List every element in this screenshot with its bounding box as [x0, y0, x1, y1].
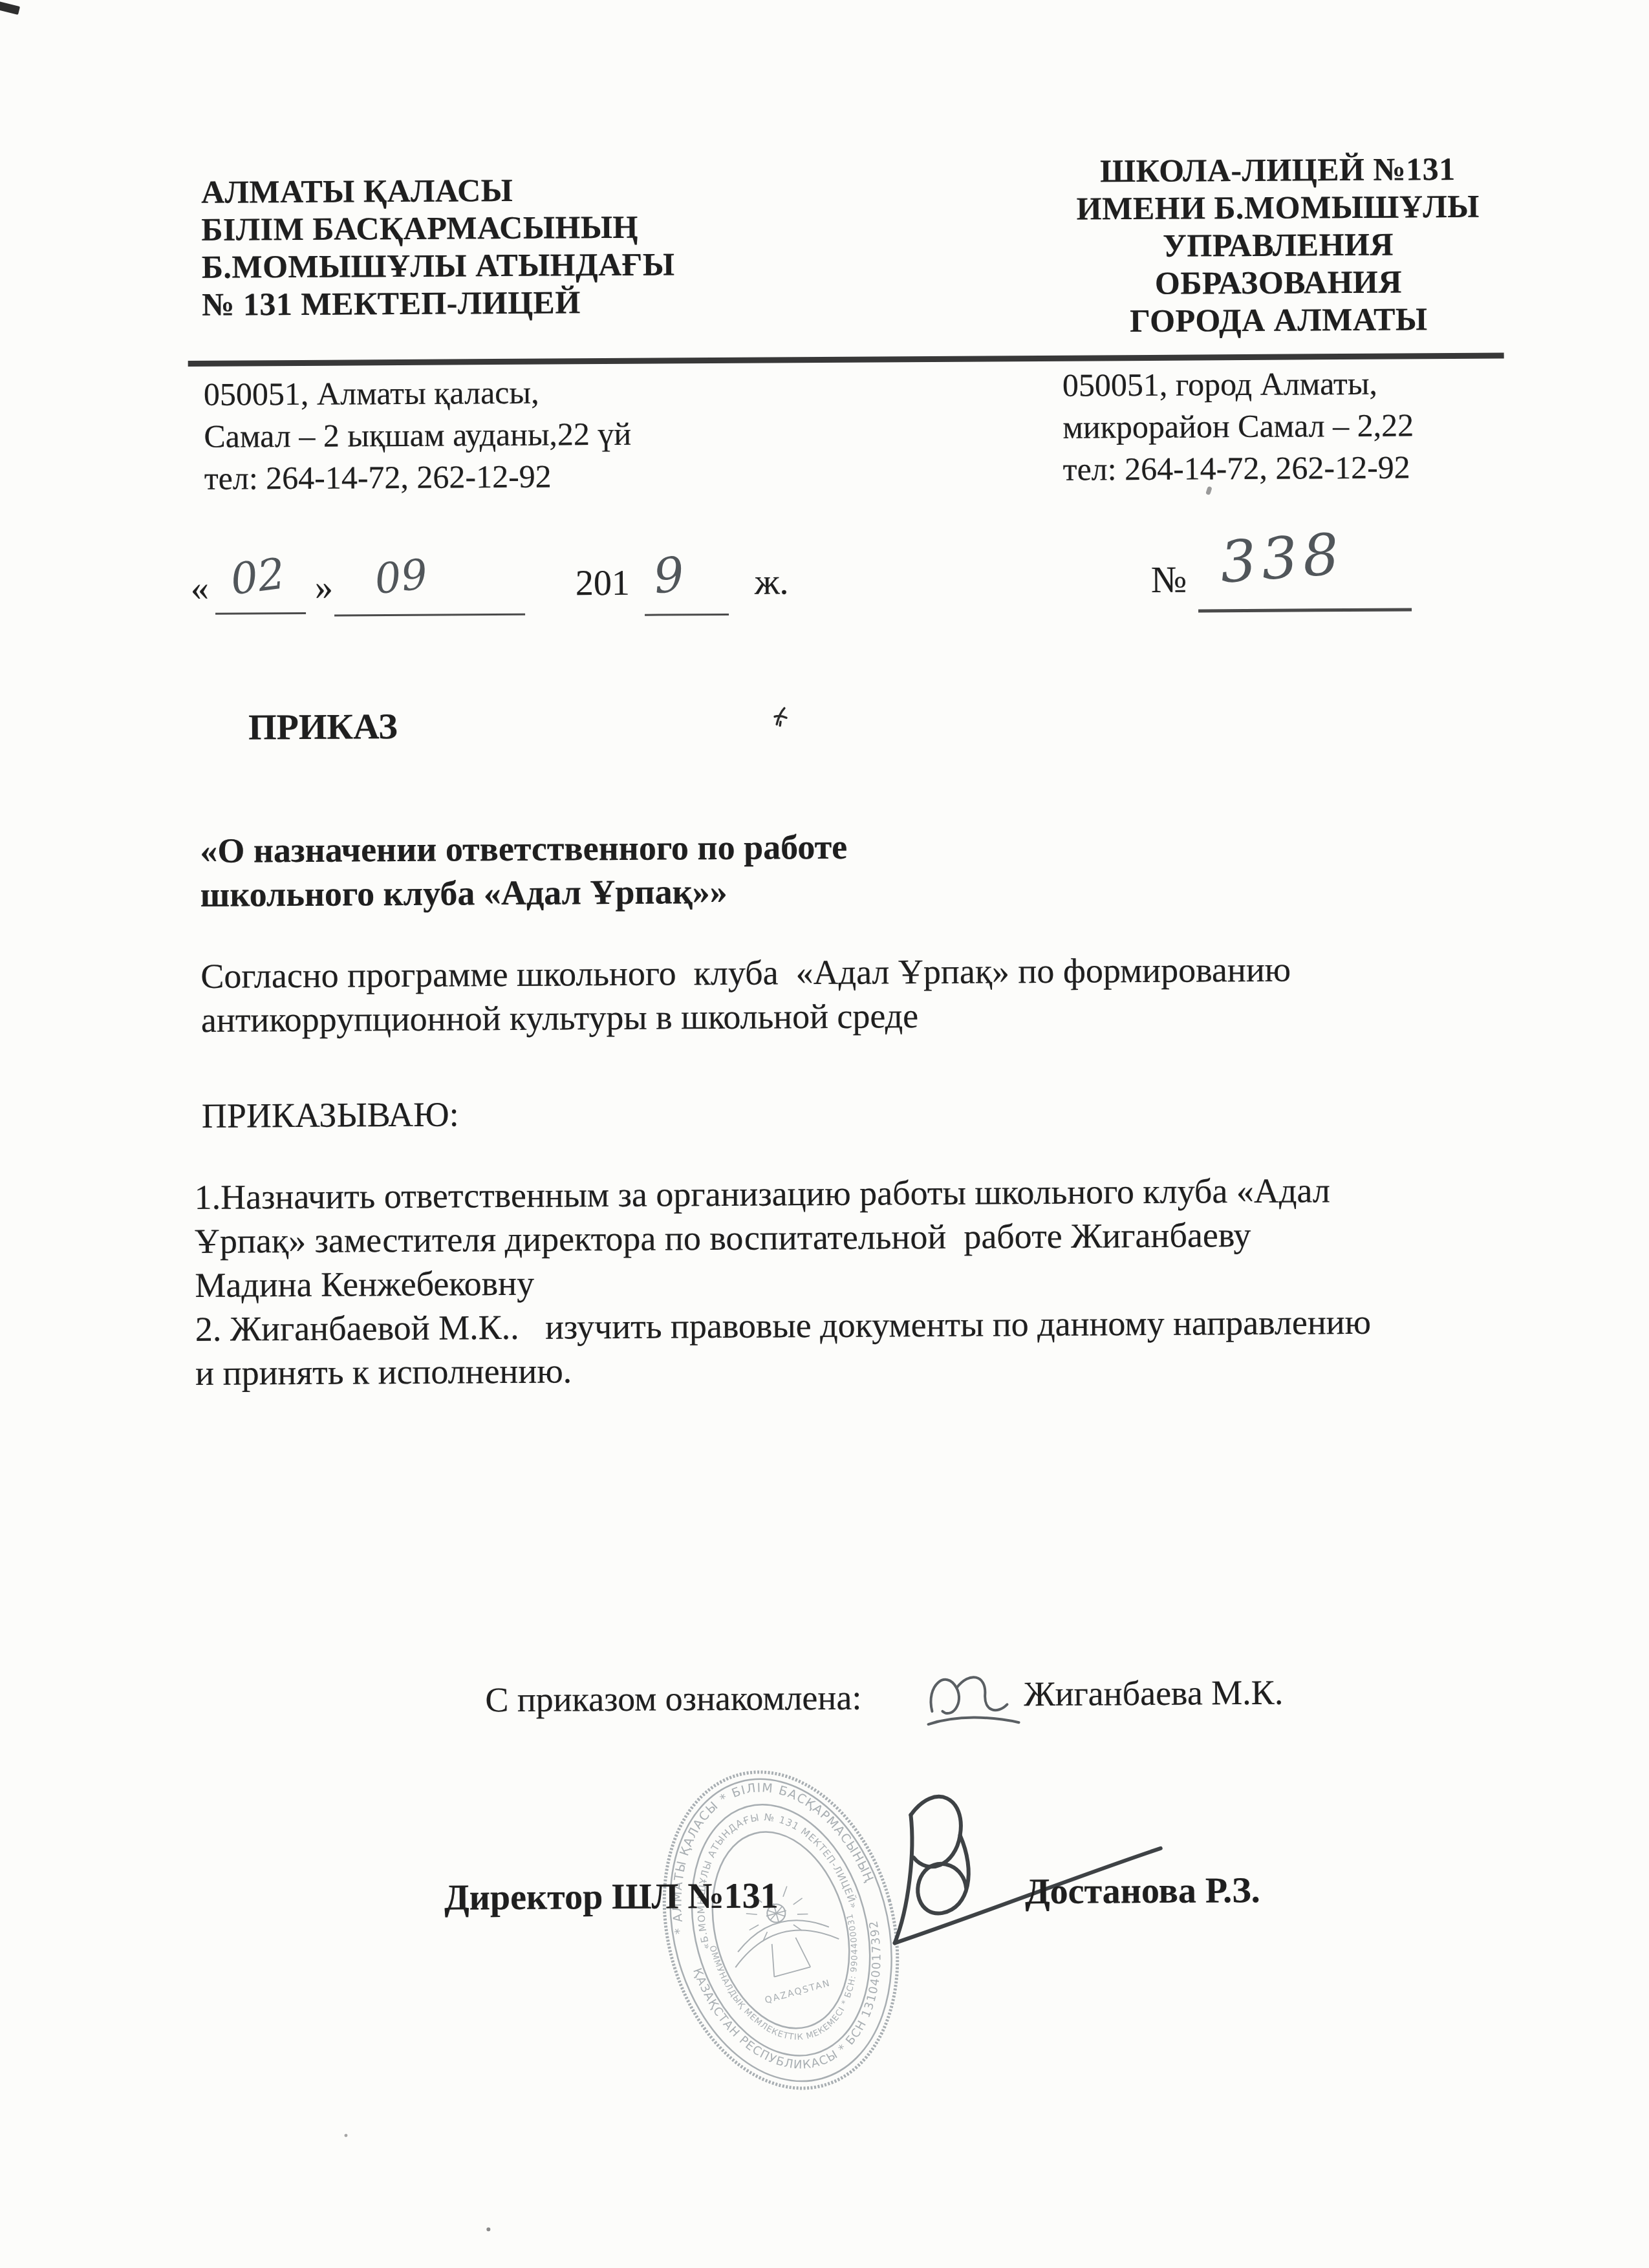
director-name: Достанова Р.З. — [1025, 1870, 1260, 1912]
date-year-printed: 201 — [576, 562, 630, 604]
address-right: 050051, город Алматы, микрорайон Самал –… — [1062, 362, 1414, 490]
order-number-underline — [1198, 608, 1412, 612]
date-close-quote: » — [315, 567, 333, 608]
director-label: Директор ШЛ №131 — [444, 1875, 779, 1918]
address-right-line: тел: 264-14-72, 262-12-92 — [1063, 446, 1414, 490]
letterhead-right: ШКОЛА-ЛИЦЕЙ №131 ИМЕНИ Б.МОМЫШҰЛЫ УПРАВЛ… — [1032, 149, 1525, 340]
decree-word: ПРИКАЗЫВАЮ: — [202, 1092, 459, 1137]
address-left-line: 050051, Алматы қаласы, — [204, 371, 631, 416]
date-day-handwritten: 02 — [228, 548, 288, 604]
order-intro-line: антикоррупционной культуры в школьной ср… — [201, 992, 1291, 1042]
letterhead-right-line: ИМЕНИ Б.МОМЫШҰЛЫ — [1032, 187, 1524, 228]
letterhead-left-line: АЛМАТЫ ҚАЛАСЫ — [201, 170, 674, 210]
address-left-line: Самал – 2 ықшам ауданы,22 үй — [204, 413, 631, 458]
ink-speck — [486, 2227, 490, 2231]
order-item-line: 1.Назначить ответственным за организацию… — [194, 1168, 1370, 1219]
ink-speck — [344, 2134, 347, 2137]
date-suffix: ж. — [755, 561, 789, 603]
order-title: ПРИКАЗ — [248, 706, 398, 748]
acknowledgement-name: Жиганбаева М.К. — [1024, 1671, 1283, 1716]
order-subject-line: школьного клуба «Адал Ұрпақ»» — [200, 869, 848, 917]
date-year-underline — [645, 614, 729, 616]
date-open-quote: « — [191, 568, 209, 609]
ink-blot — [772, 706, 789, 727]
letterhead-left: АЛМАТЫ ҚАЛАСЫ БІЛІМ БАСҚАРМАСЫНЫҢ Б.МОМЫ… — [201, 170, 675, 323]
order-number-label: № — [1151, 558, 1187, 601]
acknowledgement-signature — [914, 1651, 1037, 1742]
date-day-underline — [215, 612, 306, 615]
date-month-handwritten: 09 — [372, 551, 430, 604]
letterhead-right-line: ОБРАЗОВАНИЯ — [1033, 262, 1524, 303]
order-item-line: Ұрпақ» заместителя директора по воспитат… — [195, 1212, 1371, 1263]
address-right-line: 050051, город Алматы, — [1062, 362, 1414, 406]
letterhead-left-line: Б.МОМЫШҰЛЫ АТЫНДАҒЫ — [202, 245, 675, 285]
address-right-line: микрорайон Самал – 2,22 — [1062, 404, 1414, 448]
scanned-order-document: АЛМАТЫ ҚАЛАСЫ БІЛІМ БАСҚАРМАСЫНЫҢ Б.МОМЫ… — [0, 0, 1649, 2268]
letterhead-left-line: № 131 МЕКТЕП-ЛИЦЕЙ — [202, 283, 675, 323]
address-left: 050051, Алматы қаласы, Самал – 2 ықшам а… — [204, 371, 632, 500]
order-intro: Согласно программе школьного клуба «Адал… — [200, 948, 1291, 1042]
order-intro-line: Согласно программе школьного клуба «Адал… — [200, 948, 1291, 998]
letterhead-right-line: ШКОЛА-ЛИЦЕЙ №131 — [1032, 149, 1524, 190]
address-left-line: тел: 264-14-72, 262-12-92 — [204, 455, 632, 500]
order-subject: «О назначении ответственного по работе ш… — [200, 825, 848, 917]
order-item-line: 2. Жиганбаевой М.К.. изучить правовые до… — [195, 1300, 1372, 1351]
letterhead-right-line: УПРАВЛЕНИЯ — [1032, 224, 1524, 265]
order-item-line: Мадина Кенжебековну — [195, 1256, 1371, 1307]
letterhead-left-line: БІЛІМ БАСҚАРМАСЫНЫҢ — [201, 208, 674, 248]
order-item-line: и принять к исполнению. — [195, 1344, 1372, 1395]
document-content: АЛМАТЫ ҚАЛАСЫ БІЛІМ БАСҚАРМАСЫНЫҢ Б.МОМЫ… — [0, 0, 1649, 2268]
letterhead-right-line: ГОРОДА АЛМАТЫ — [1033, 299, 1524, 340]
order-items: 1.Назначить ответственным за организацию… — [194, 1168, 1371, 1395]
acknowledgement-label: С приказом ознакомлена: — [485, 1676, 861, 1722]
order-subject-line: «О назначении ответственного по работе — [200, 825, 847, 873]
order-number-handwritten: 338 — [1218, 520, 1346, 596]
date-month-underline — [334, 614, 525, 617]
date-year-digit-handwritten: 9 — [651, 546, 687, 604]
